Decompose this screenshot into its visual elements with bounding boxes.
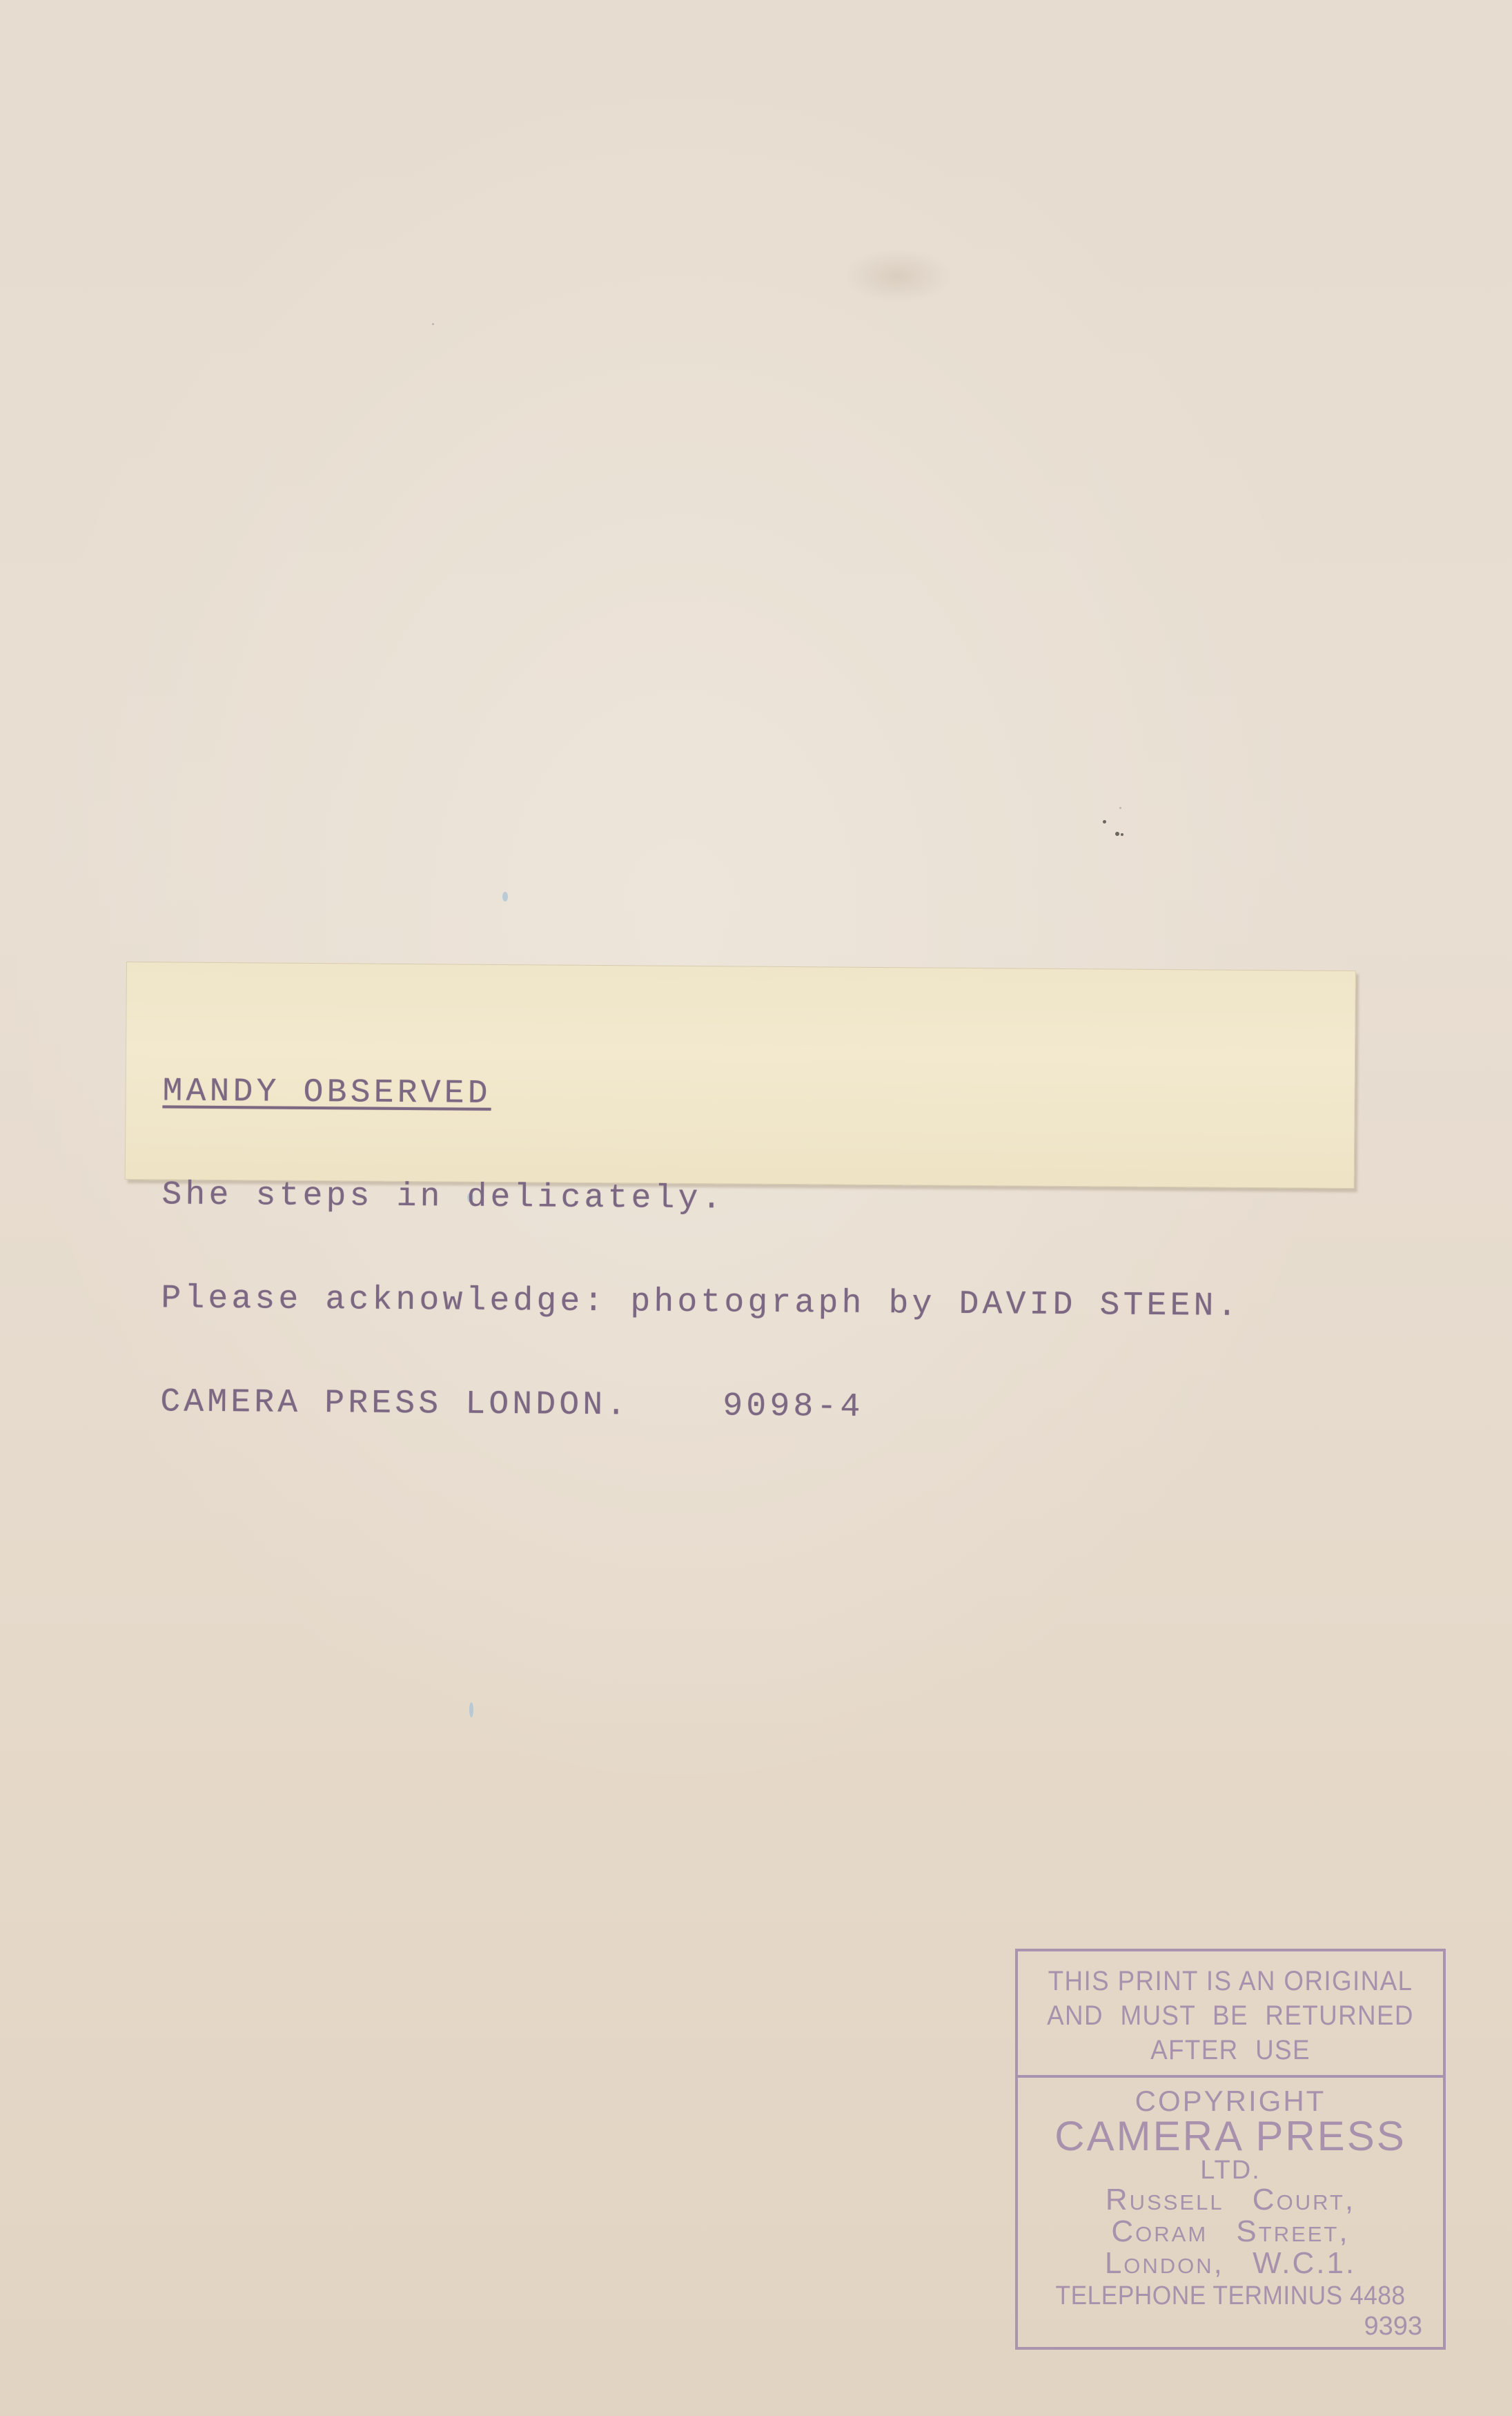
caption-description: She steps in delicately. xyxy=(161,1178,1241,1220)
paper-speck xyxy=(1121,833,1123,836)
caption-credit: Please acknowledge: photograph by DAVID … xyxy=(161,1281,1241,1323)
paper-speck xyxy=(1119,807,1121,809)
stamp-notice-line: THIS PRINT IS AN ORIGINAL xyxy=(1035,1964,1426,1998)
stamp-return-notice: THIS PRINT IS AN ORIGINAL AND MUST BE RE… xyxy=(1018,1951,1443,2078)
stamp-notice-line: AFTER USE xyxy=(1035,2033,1426,2067)
paper-speck xyxy=(502,892,508,902)
stamp-address-line: London, W.C.1. xyxy=(1018,2248,1443,2279)
paper-speck xyxy=(1103,820,1106,824)
caption-text-block: MANDY OBSERVED She steps in delicately. … xyxy=(159,1005,1242,1496)
caption-reference-number: 9098-4 xyxy=(723,1387,863,1425)
caption-agency: CAMERA PRESS LONDON. xyxy=(160,1383,629,1424)
paper-speck xyxy=(432,323,434,325)
caption-line: MANDY OBSERVED xyxy=(162,1074,1242,1116)
paper-speck xyxy=(1115,832,1119,836)
stamp-copyright-label: COPYRIGHT xyxy=(1018,2086,1443,2116)
copyright-stamp: THIS PRINT IS AN ORIGINAL AND MUST BE RE… xyxy=(1015,1949,1446,2350)
caption-line: CAMERA PRESS LONDON.9098-4 xyxy=(160,1385,1240,1427)
caption-spacer xyxy=(629,1414,723,1414)
typed-caption-label: MANDY OBSERVED She steps in delicately. … xyxy=(125,962,1356,1189)
stamp-address-line: Coram Street, xyxy=(1018,2216,1443,2248)
stamp-address-line: Russell Court, xyxy=(1018,2184,1443,2216)
caption-title: MANDY OBSERVED xyxy=(162,1073,491,1112)
stamp-company-name: CAMERA PRESS xyxy=(1018,2116,1443,2156)
paper-smudge xyxy=(842,249,952,304)
stamp-company-suffix: LTD. xyxy=(1018,2156,1443,2184)
stamp-telephone: TELEPHONE TERMINUS 4488 xyxy=(1033,2281,1428,2311)
stamp-notice-line: AND MUST BE RETURNED xyxy=(1035,1998,1426,2033)
stamp-copyright-block: COPYRIGHT CAMERA PRESS LTD. Russell Cour… xyxy=(1018,2078,1443,2341)
stamp-telephone-extension: 9393 xyxy=(1018,2311,1443,2341)
paper-speck xyxy=(469,1702,473,1717)
